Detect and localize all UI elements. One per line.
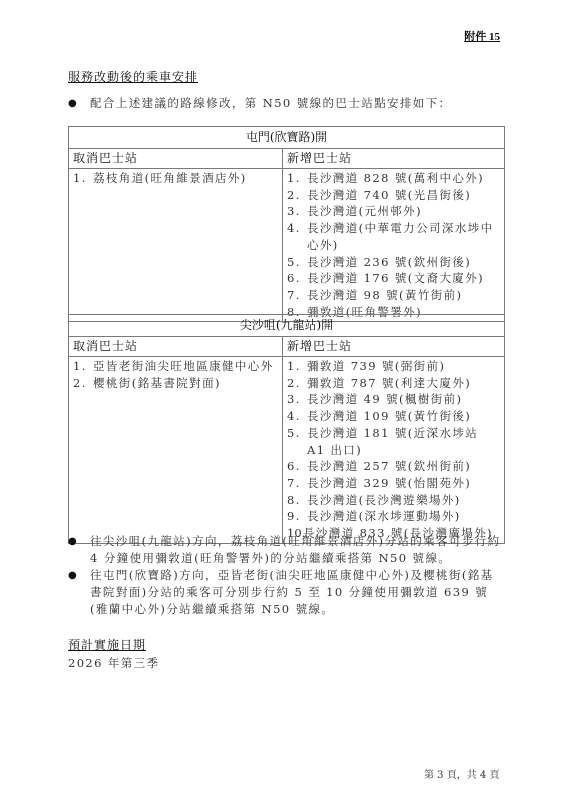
section-title: 服務改動後的乘車安排: [68, 68, 198, 85]
added-stops-list: 1.長沙灣道 828 號(萬利中心外) 2.長沙灣道 740 號(光昌街後) 3…: [287, 169, 500, 321]
cancelled-column-header: 取消巴士站: [69, 149, 283, 169]
list-item: 2.彌敦道 787 號(利達大廈外): [287, 375, 500, 392]
added-stops-cell: 1.長沙灣道 828 號(萬利中心外) 2.長沙灣道 740 號(光昌街後) 3…: [283, 169, 505, 322]
bullet-icon: ●: [68, 95, 90, 112]
intro-text: 配合上述建議的路線修改，第 N50 號線的巴士站點安排如下：: [90, 95, 504, 112]
list-item: 7.長沙灣道 98 號(黃竹街前): [287, 287, 500, 304]
list-item: 8.長沙灣道(長沙灣遊樂場外): [287, 492, 500, 509]
list-item: 1.長沙灣道 828 號(萬利中心外): [287, 170, 500, 187]
list-item: 3.長沙灣道 49 號(楓樹街前): [287, 391, 500, 408]
intro-bullet: ● 配合上述建議的路線修改，第 N50 號線的巴士站點安排如下：: [68, 95, 504, 112]
stops-table-tuen-mun: 屯門(欣寶路)開 取消巴士站 新增巴士站 1.荔枝角道(旺角維景酒店外) 1.長…: [68, 126, 505, 322]
note-text: 往屯門(欣寶路)方向，亞皆老街(油尖旺地區康健中心外)及櫻桃街(銘基書院對面)分…: [90, 567, 504, 618]
implementation-date: 2026 年第三季: [68, 655, 160, 671]
list-item: 2.長沙灣道 740 號(光昌街後): [287, 187, 500, 204]
list-item: 4.長沙灣道 109 號(黃竹街後): [287, 408, 500, 425]
list-item: 1.荔枝角道(旺角維景酒店外): [73, 170, 278, 187]
note-bullet-1: ● 往尖沙咀(九龍站)方向，荔枝角道(旺角維景酒店外)分站的乘客可步行約 4 分…: [68, 533, 504, 567]
note-text: 往尖沙咀(九龍站)方向，荔枝角道(旺角維景酒店外)分站的乘客可步行約 4 分鐘使…: [90, 533, 504, 567]
bullet-icon: ●: [68, 567, 90, 618]
added-stops-cell: 1.彌敦道 739 號(弼街前) 2.彌敦道 787 號(利達大廈外) 3.長沙…: [283, 357, 505, 544]
added-stops-list: 1.彌敦道 739 號(弼街前) 2.彌敦道 787 號(利達大廈外) 3.長沙…: [287, 357, 500, 543]
list-item: 5.長沙灣道 236 號(欽州街後): [287, 254, 500, 271]
list-item: 3.長沙灣道(元州邨外): [287, 203, 500, 220]
cancelled-stops-cell: 1.荔枝角道(旺角維景酒店外): [69, 169, 283, 322]
annex-label: 附件 15: [464, 28, 500, 44]
cancelled-stops-cell: 1.亞皆老街油尖旺地區康健中心外 2.櫻桃街(銘基書院對面): [69, 357, 283, 544]
stops-table-tsim-sha-tsui: 尖沙咀(九龍站)開 取消巴士站 新增巴士站 1.亞皆老街油尖旺地區康健中心外 2…: [68, 314, 505, 544]
list-item: 6.長沙灣道 257 號(欽州街前): [287, 458, 500, 475]
list-item: 1.彌敦道 739 號(弼街前): [287, 358, 500, 375]
list-item: 9.長沙灣道(深水埗運動場外): [287, 508, 500, 525]
bullet-icon: ●: [68, 533, 90, 567]
list-item: 6.長沙灣道 176 號(文裔大廈外): [287, 270, 500, 287]
note-bullet-2: ● 往屯門(欣寶路)方向，亞皆老街(油尖旺地區康健中心外)及櫻桃街(銘基書院對面…: [68, 567, 504, 618]
table-origin-header: 尖沙咀(九龍站)開: [69, 315, 505, 337]
table-origin-header: 屯門(欣寶路)開: [69, 127, 505, 149]
added-column-header: 新增巴士站: [283, 337, 505, 357]
cancelled-stops-list: 1.亞皆老街油尖旺地區康健中心外 2.櫻桃街(銘基書院對面): [73, 357, 278, 392]
list-item: 2.櫻桃街(銘基書院對面): [73, 375, 278, 392]
added-column-header: 新增巴士站: [283, 149, 505, 169]
implementation-title: 預計實施日期: [68, 636, 146, 653]
list-item: 1.亞皆老街油尖旺地區康健中心外: [73, 358, 278, 375]
cancelled-column-header: 取消巴士站: [69, 337, 283, 357]
list-item: 5.長沙灣道 181 號(近深水埗站 A1 出口): [287, 425, 500, 458]
page-number: 第 3 頁，共 4 頁: [424, 766, 499, 781]
list-item: 7.長沙灣道 329 號(怡閣苑外): [287, 475, 500, 492]
list-item: 4.長沙灣道(中華電力公司深水埗中心外): [287, 220, 500, 253]
cancelled-stops-list: 1.荔枝角道(旺角維景酒店外): [73, 169, 278, 188]
